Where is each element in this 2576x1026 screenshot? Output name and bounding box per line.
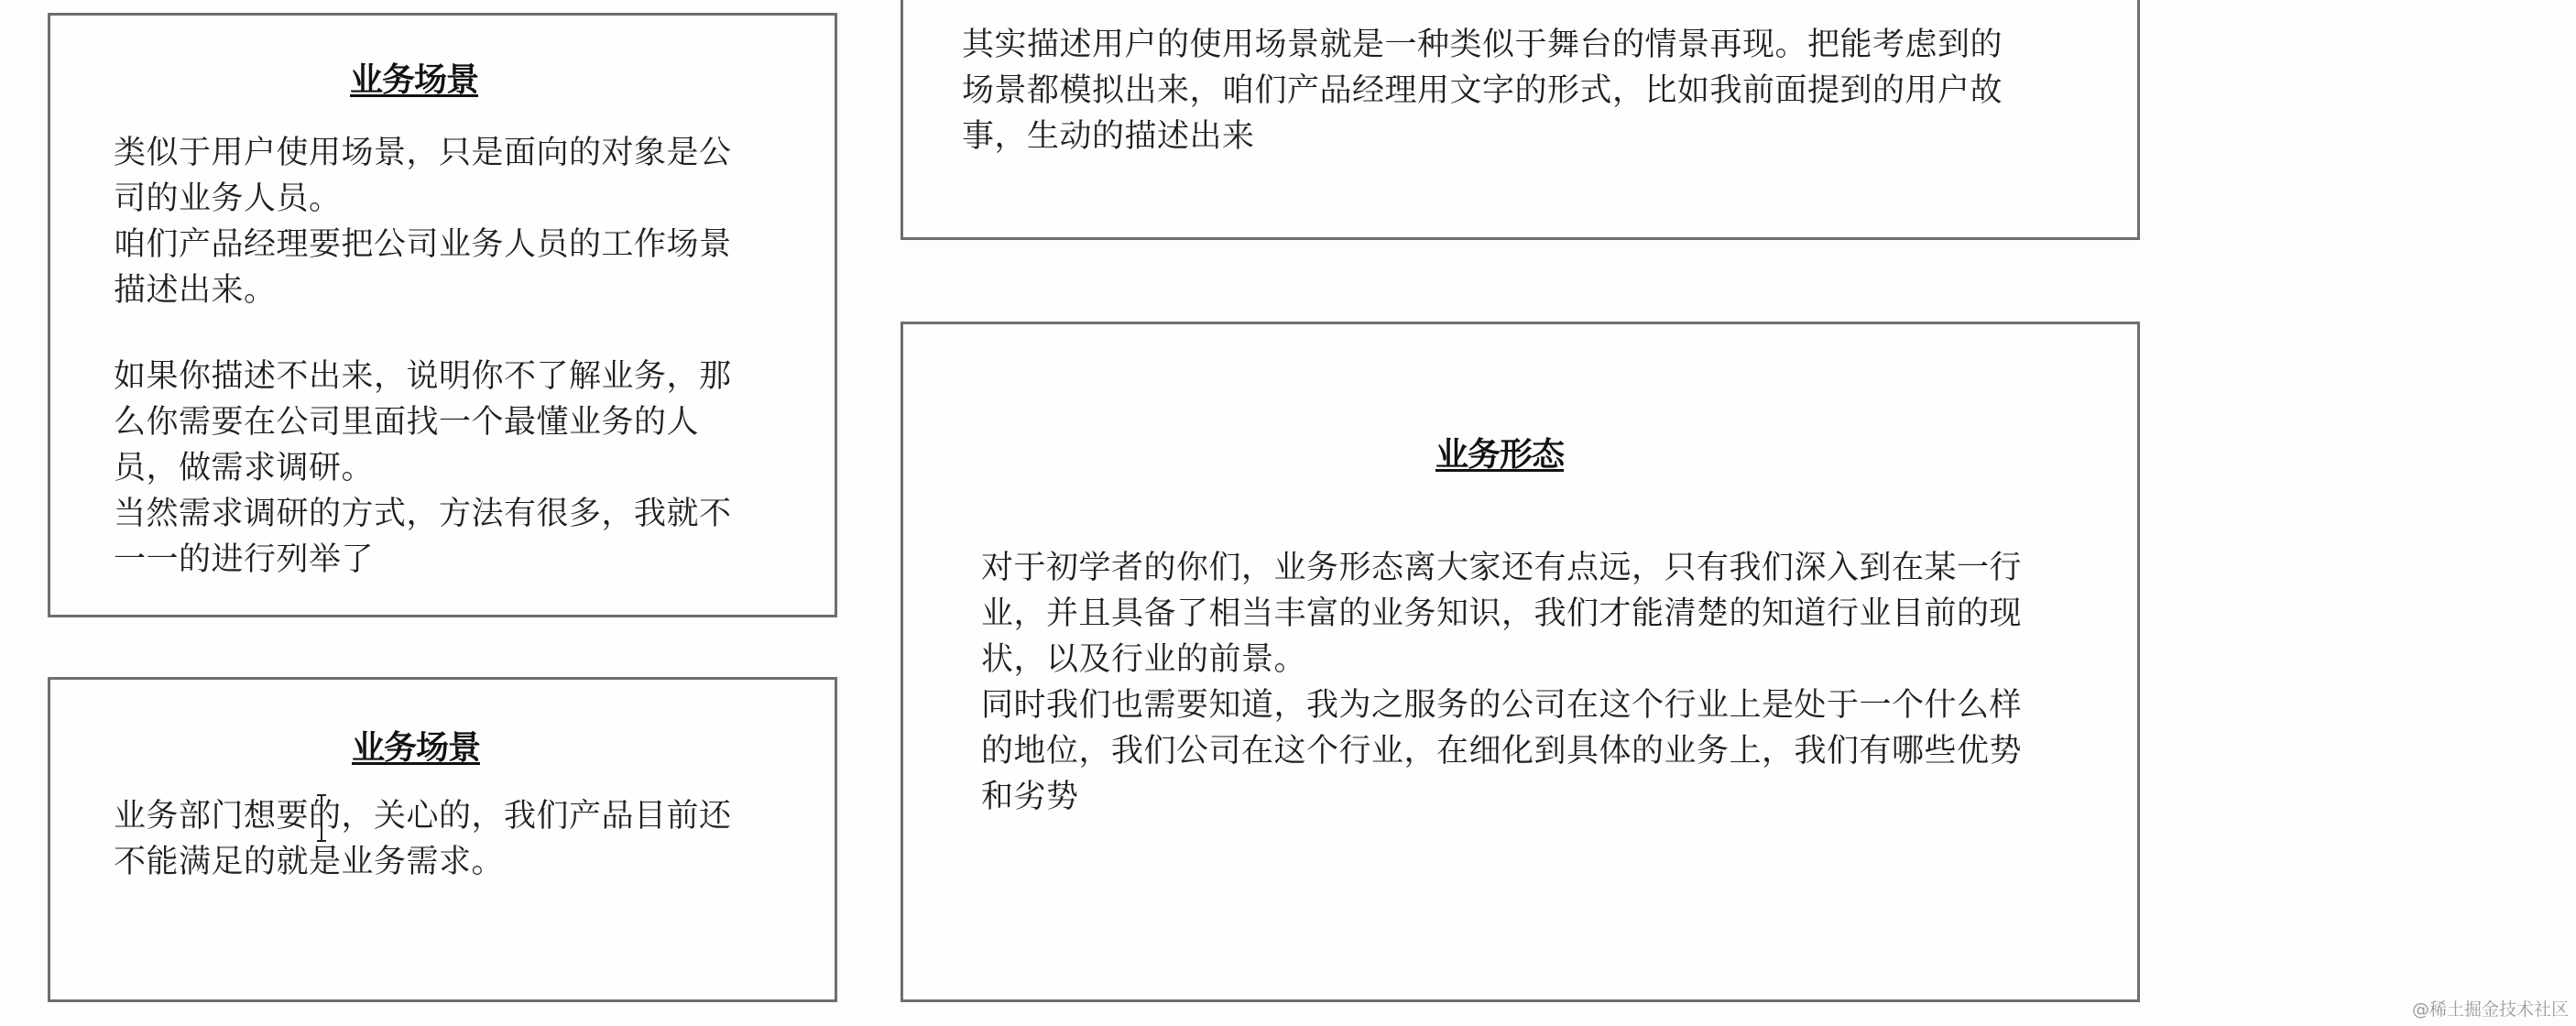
- card-business-scenario-1-paragraph-2: 如果你描述不出来，说明你不了解业务，那 么你需要在公司里面找一个最懂业务的人 员…: [114, 354, 732, 583]
- text-line: 对于初学者的你们，业务形态离大家还有点远，只有我们深入到在某一行: [981, 545, 2022, 591]
- text-line: 类似于用户使用场景，只是面向的对象是公: [114, 130, 732, 176]
- text-line: 一一的进行列举了: [114, 537, 732, 583]
- card-business-scenario-1-title: 业务场景: [350, 62, 478, 99]
- text-line: 的地位，我们公司在这个行业，在细化到具体的业务上，我们有哪些优势: [981, 728, 2022, 774]
- card-business-form-title: 业务形态: [1435, 437, 1564, 474]
- text-line: 业，并且具备了相当丰富的业务知识，我们才能清楚的知道行业目前的现: [981, 591, 2022, 637]
- card-business-scenario-2-title: 业务场景: [352, 730, 480, 767]
- card-user-scenario-description-paragraph-1: 其实描述用户的使用场景就是一种类似于舞台的情景再现。把能考虑到的 场景都模拟出来…: [962, 22, 2003, 159]
- text-line: 咱们产品经理要把公司业务人员的工作场景: [114, 222, 732, 267]
- text-line: 描述出来。: [114, 267, 732, 313]
- text-line: 同时我们也需要知道，我为之服务的公司在这个行业上是处于一个什么样: [981, 682, 2022, 728]
- text-line: 和劣势: [981, 774, 2022, 820]
- text-line: 业务部门想要的，关心的，我们产品目前还: [114, 793, 732, 839]
- text-line: 么你需要在公司里面找一个最懂业务的人: [114, 399, 732, 445]
- text-line: 状，以及行业的前景。: [981, 637, 2022, 682]
- text-line: 如果你描述不出来，说明你不了解业务，那: [114, 354, 732, 399]
- card-business-scenario-2-paragraph-1: 业务部门想要的，关心的，我们产品目前还 不能满足的就是业务需求。: [114, 793, 732, 885]
- card-business-scenario-1-paragraph-1: 类似于用户使用场景，只是面向的对象是公 司的业务人员。 咱们产品经理要把公司业务…: [114, 130, 732, 313]
- text-line: 场景都模拟出来，咱们产品经理用文字的形式，比如我前面提到的用户故: [962, 68, 2003, 114]
- watermark: @稀土掘金技术社区: [2412, 996, 2569, 1021]
- text-line: 事，生动的描述出来: [962, 114, 2003, 159]
- text-line: 不能满足的就是业务需求。: [114, 839, 732, 885]
- card-business-form-paragraph-1: 对于初学者的你们，业务形态离大家还有点远，只有我们深入到在某一行 业，并且具备了…: [981, 545, 2022, 820]
- text-line: 司的业务人员。: [114, 176, 732, 222]
- text-ibeam-cursor-icon: [315, 793, 328, 843]
- text-line: 其实描述用户的使用场景就是一种类似于舞台的情景再现。把能考虑到的: [962, 22, 2003, 68]
- text-line: 当然需求调研的方式，方法有很多，我就不: [114, 491, 732, 537]
- text-line: 员，做需求调研。: [114, 445, 732, 491]
